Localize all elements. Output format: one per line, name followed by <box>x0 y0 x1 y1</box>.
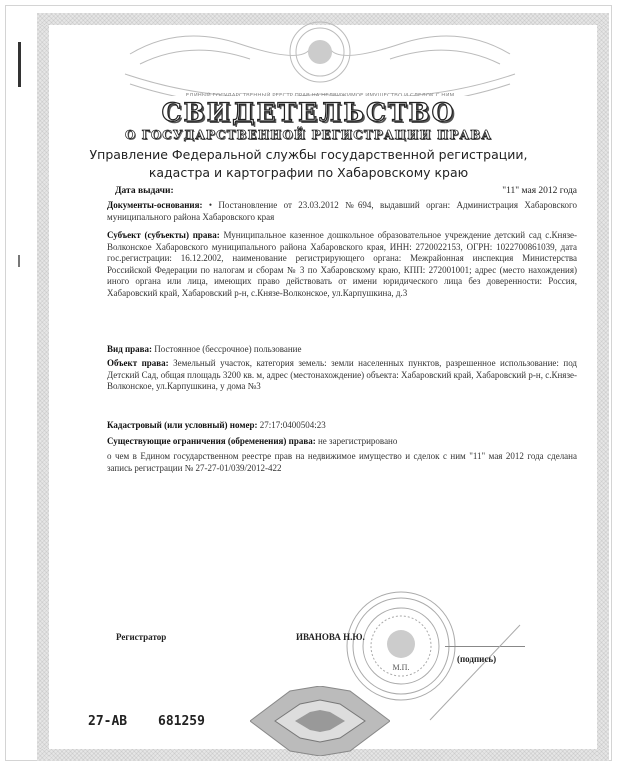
security-rosette-icon <box>250 686 390 756</box>
issue-date-value: "11" мая 2012 года <box>502 186 577 196</box>
registrar-name: ИВАНОВА Н.Ю. <box>296 632 365 642</box>
cadastral-number: Кадастровый (или условный) номер: 27:17:… <box>107 420 577 432</box>
form-series: 27-АВ <box>88 714 127 729</box>
signature-caption: (подпись) <box>457 654 496 664</box>
svg-text:ЕДИНЫЙ ГОСУДАРСТВЕННЫЙ РЕЕСТР: ЕДИНЫЙ ГОСУДАРСТВЕННЫЙ РЕЕСТР ПРАВ НА НЕ… <box>186 92 455 96</box>
issue-date-label: Дата выдачи: <box>115 186 174 196</box>
scan-mark <box>18 255 20 267</box>
authority-line-1: Управление Федеральной службы государств… <box>0 146 617 164</box>
right-type-label: Вид права: <box>107 344 152 354</box>
subject-label: Субъект (субъекты) права: <box>107 230 220 240</box>
issue-date-row: Дата выдачи: "11" мая 2012 года <box>115 186 577 196</box>
registrar-label: Регистратор <box>116 632 166 642</box>
double-headed-eagle-emblem-icon: ЕДИНЫЙ ГОСУДАРСТВЕННЫЙ РЕЕСТР ПРАВ НА НЕ… <box>120 14 520 96</box>
cadastral-label: Кадастровый (или условный) номер: <box>107 420 257 430</box>
certificate-title: СВИДЕТЕЛЬСТВО <box>0 98 617 127</box>
subject-value: Муниципальное казенное дошкольное образо… <box>107 230 577 298</box>
svg-text:М.П.: М.П. <box>393 663 410 672</box>
scan-mark <box>18 42 21 87</box>
object-value: Земельный участок, категория земель: зем… <box>107 358 577 391</box>
rights-subject: Субъект (субъекты) права: Муниципальное … <box>107 230 577 299</box>
handwritten-signature-icon <box>420 620 530 730</box>
basis-label: Документы-основания: <box>107 200 202 210</box>
object-label: Объект права: <box>107 358 169 368</box>
emblem-banner: ЕДИНЫЙ ГОСУДАРСТВЕННЫЙ РЕЕСТР ПРАВ НА НЕ… <box>120 14 520 96</box>
authority-line-2: кадастра и картографии по Хабаровскому к… <box>0 164 617 182</box>
encumbrance-value: не зарегистрировано <box>318 436 397 446</box>
registry-record: о чем в Едином государственном реестре п… <box>107 451 577 474</box>
form-number: 681259 <box>158 714 205 729</box>
encumbrances: Существующие ограничения (обременения) п… <box>107 436 577 448</box>
cadastral-value: 27:17:0400504:23 <box>260 420 326 430</box>
right-type: Вид права: Постоянное (бессрочное) польз… <box>107 344 577 356</box>
issuing-authority: Управление Федеральной службы государств… <box>0 146 617 182</box>
rights-object: Объект права: Земельный участок, категор… <box>107 358 577 393</box>
right-type-value: Постоянное (бессрочное) пользование <box>154 344 301 354</box>
certificate-subtitle: О ГОСУДАРСТВЕННОЙ РЕГИСТРАЦИИ ПРАВА <box>0 128 617 142</box>
basis-documents: Документы-основания: • Постановление от … <box>107 200 577 223</box>
encumbrance-label: Существующие ограничения (обременения) п… <box>107 436 316 446</box>
